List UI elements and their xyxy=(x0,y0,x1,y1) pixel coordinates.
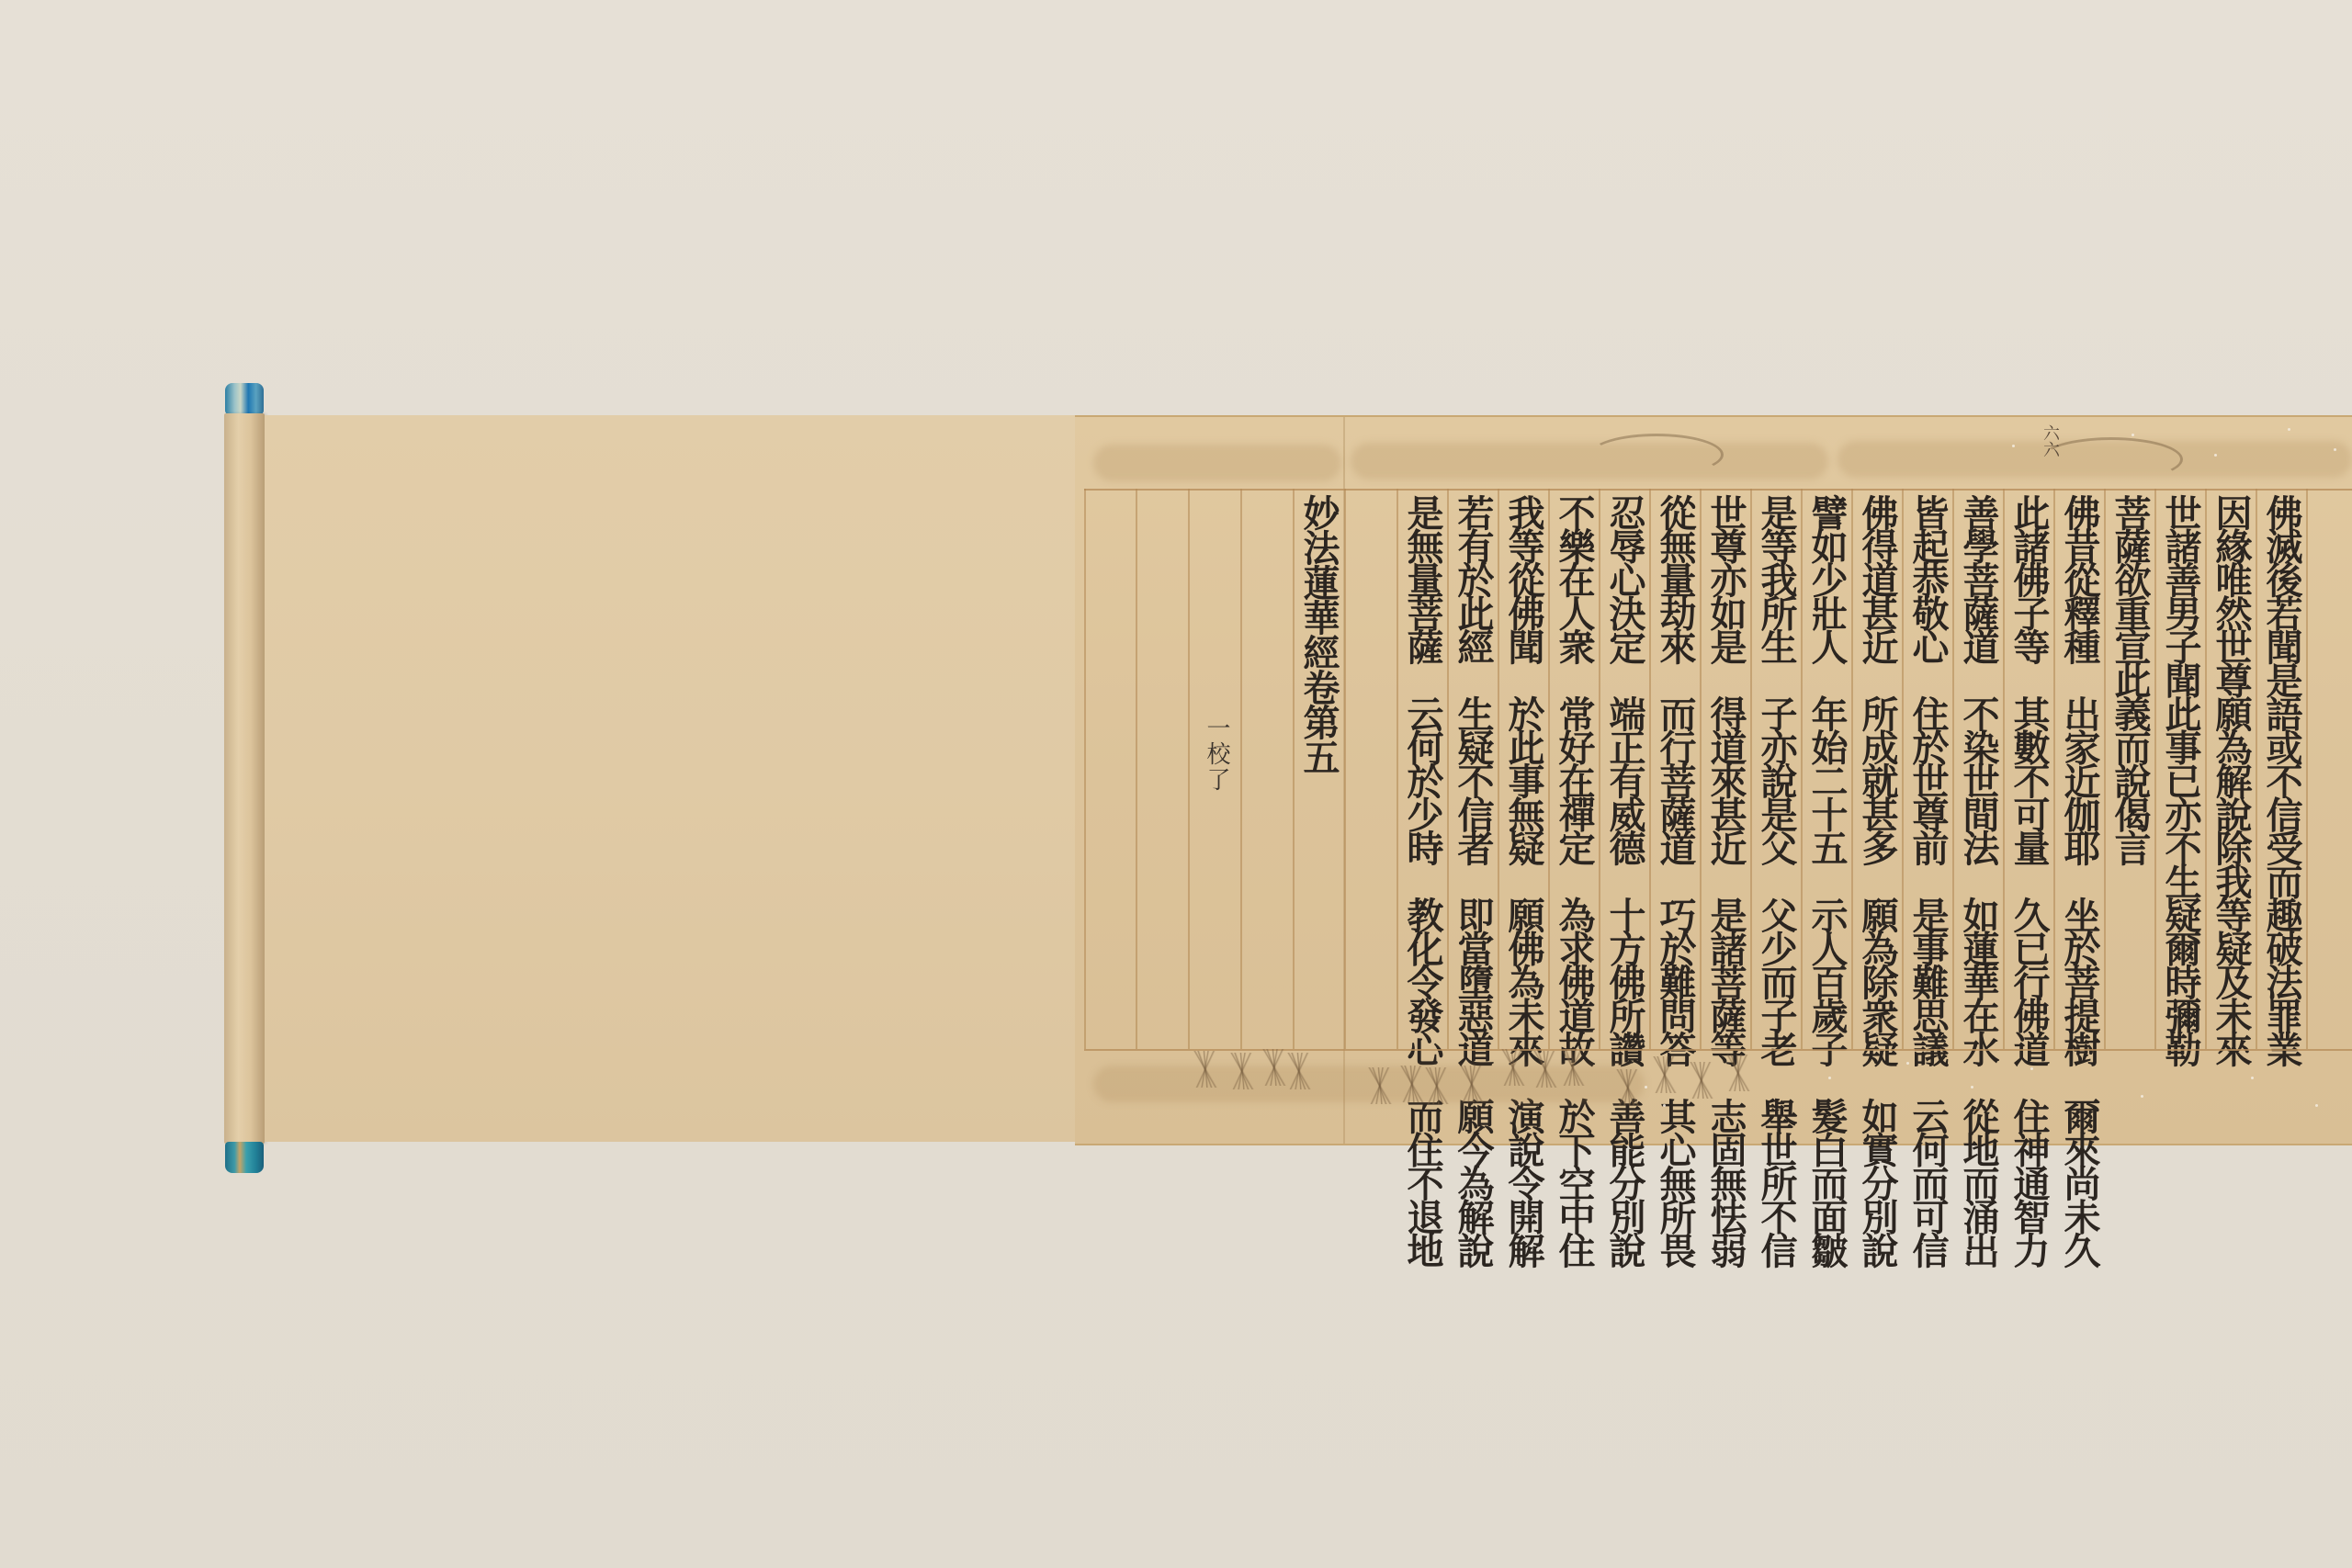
text-column: 我等從佛聞 於此事無疑 願佛為未來 演說令開解 xyxy=(1500,494,1546,1266)
text-column: 世諸善男子聞此事已亦不生疑爾時彌勒 xyxy=(2157,494,2203,1065)
proofreading-mark: 一校了 xyxy=(1196,716,1233,793)
text-column: 佛滅後若聞是語或不信受而趣破法罪業 xyxy=(2258,494,2304,1065)
bottom-decorative-band xyxy=(1075,1049,2352,1144)
top-decorative-band: 六六 xyxy=(1075,417,2352,489)
photo-stage: 六六 一校了 妙法蓮華經卷第五 是無量菩薩 云何於少時 教化令發心 而 xyxy=(0,0,2352,1568)
grass-motif xyxy=(1553,1049,1595,1086)
text-column: 從無量劫來 而行菩薩道 巧於難問答 其心無所畏 xyxy=(1652,494,1698,1266)
text-column: 是無量菩薩 云何於少時 教化令發心 而住不退地 xyxy=(1399,494,1445,1266)
sutra-title: 妙法蓮華經卷第五 xyxy=(1295,494,1341,773)
blank-mounting-paper xyxy=(265,415,1075,1142)
text-column: 忍辱心決定 端正有威德 十方佛所讚 善能分別說 xyxy=(1601,494,1647,1266)
text-column: 此諸佛子等 其數不可量 久已行佛道 住神通智力 xyxy=(2006,494,2052,1266)
text-column: 善學菩薩道 不染世間法 如蓮華在水 從地而涌出 xyxy=(1955,494,2001,1266)
page-number-mark: 六六 xyxy=(2041,424,2058,457)
grass-motif xyxy=(1718,1055,1760,1091)
text-column: 是等我所生 子亦說是父 父少而子老 舉世所不信 xyxy=(1753,494,1799,1266)
sutra-sheet: 六六 一校了 妙法蓮華經卷第五 是無量菩薩 云何於少時 教化令發心 而 xyxy=(1075,415,2352,1145)
text-column: 菩薩欲重宣此義而說偈言 xyxy=(2107,494,2153,863)
roller-knob-top xyxy=(225,383,264,414)
text-column: 因緣唯然世尊願為解說除我等疑及未來 xyxy=(2208,494,2254,1065)
grass-motif xyxy=(1452,1066,1494,1102)
text-column: 佛得道甚近 所成就甚多 願為除衆疑 如實分別說 xyxy=(1854,494,1900,1266)
text-column: 譬如少壯人 年始二十五 示人百歲子 髮白而面皺 xyxy=(1804,494,1849,1266)
text-column: 佛昔從釋種 出家近伽耶 坐於菩提樹 爾來尚未久 xyxy=(2056,494,2102,1266)
scroll-roller xyxy=(224,413,265,1144)
text-column: 皆起恭敬心 住於世尊前 是事難思議 云何而可信 xyxy=(1905,494,1951,1266)
text-column: 世尊亦如是 得道來甚近 是諸菩薩等 志固無怯弱 xyxy=(1702,494,1748,1266)
cloud-motif xyxy=(1589,434,1724,476)
text-column: 若有於此經 生疑不信者 即當墮惡道 願今為解說 xyxy=(1450,494,1496,1266)
text-column: 不樂在人衆 常好在禪定 為求佛道故 於下空中住 xyxy=(1551,494,1597,1266)
grass-motif xyxy=(1279,1053,1321,1089)
roller-knob-bottom xyxy=(225,1142,264,1173)
top-ruling xyxy=(1084,489,2352,491)
cloud-motif xyxy=(2040,437,2183,481)
